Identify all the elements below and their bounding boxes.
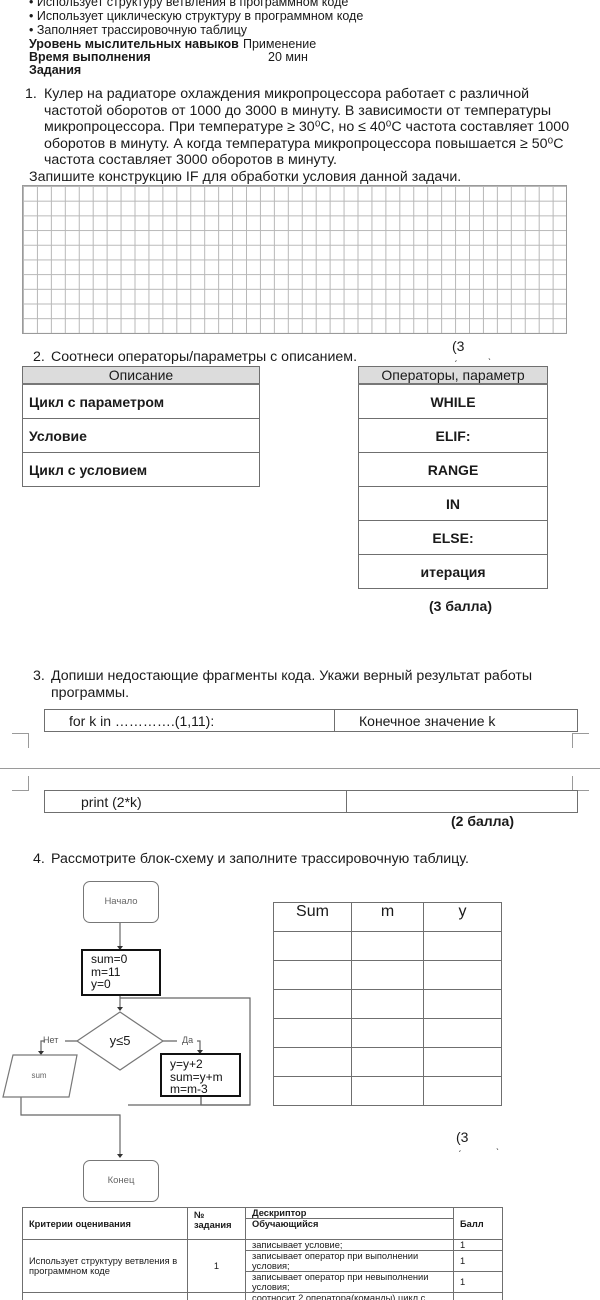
trace-cell[interactable] — [352, 1077, 424, 1106]
trace-cell[interactable] — [424, 990, 502, 1019]
description-cell: Цикл с условием — [23, 453, 260, 487]
page-corner-mark — [572, 733, 589, 748]
task2-title: Соотнеси операторы/параметры с описанием… — [51, 349, 357, 366]
task3-text: Допиши недостающие фрагменты кода. Укажи… — [51, 668, 532, 701]
code-table-bottom: print (2*k) — [44, 790, 578, 813]
task4-title: Рассмотрите блок-схему и заполните трасс… — [51, 851, 469, 868]
description-cell: Цикл с параметром — [23, 384, 260, 419]
operator-cell: RANGE — [359, 453, 548, 487]
trace-row — [274, 990, 502, 1019]
criteria-header: Критерии оценивания — [23, 1208, 188, 1240]
operator-cell: IN — [359, 487, 548, 521]
objective-item: • Использует циклическую структуру в про… — [29, 9, 363, 23]
description-header: Описание — [23, 367, 260, 385]
flowchart-no-label: Нет — [43, 1035, 58, 1045]
objectives-list: • Использует структуру ветвления в прогр… — [29, 0, 363, 37]
trace-cell[interactable] — [352, 1019, 424, 1048]
trace-cell[interactable] — [352, 961, 424, 990]
trace-cell[interactable] — [424, 1019, 502, 1048]
operator-cell: WHILE — [359, 384, 548, 419]
task2-number: 2. — [33, 349, 45, 366]
operators-table: Операторы, параметр WHILE ELIF: RANGE IN… — [358, 366, 548, 589]
flowchart-init: sum=0 m=11 y=0 — [81, 949, 161, 996]
criterion-cell: Использует структуру ветвления в програм… — [23, 1240, 188, 1293]
score-mark: ˎ — [488, 350, 491, 361]
descriptor-header: Дескриптор — [246, 1208, 454, 1219]
flowchart-yes-label: Да — [182, 1035, 193, 1045]
task1-instruction: Запишите конструкцию IF для обработки ус… — [29, 169, 461, 186]
operator-cell: ELSE: — [359, 521, 548, 555]
code-line-for: for k in ………….(1,11): — [45, 710, 335, 732]
score-mark: ˏ — [454, 352, 457, 363]
trace-cell[interactable] — [274, 1019, 352, 1048]
flowchart-loop-body: y=y+2 sum=y+m m=m-3 — [160, 1053, 241, 1097]
page-corner-mark — [572, 776, 589, 791]
trace-header-m: m — [352, 903, 424, 932]
result-label: Конечное значение k — [335, 710, 578, 732]
answer-grid[interactable] — [22, 185, 567, 334]
time-label: Время выполнения — [29, 50, 151, 64]
student-header: Обучающийся — [246, 1219, 454, 1240]
criteria-table: Критерии оценивания № задания Дескриптор… — [22, 1207, 503, 1300]
operator-cell: итерация — [359, 555, 548, 589]
skill-level-label: Уровень мыслительных навыков — [29, 37, 239, 51]
trace-row — [274, 1077, 502, 1106]
code-line-print: print (2*k) — [45, 791, 347, 813]
score-header: Балл — [454, 1208, 503, 1240]
flowchart-end: Конец — [83, 1160, 159, 1202]
trace-cell[interactable] — [352, 1048, 424, 1077]
operator-cell: ELIF: — [359, 419, 548, 453]
description-table: Описание Цикл с параметром Условие Цикл … — [22, 366, 260, 487]
descriptor-cell: записывает условие; — [246, 1240, 454, 1251]
description-cell: Условие — [23, 419, 260, 453]
task2-score: (3 балла) — [429, 598, 492, 614]
task3-score: (2 балла) — [451, 813, 514, 829]
trace-cell[interactable] — [352, 932, 424, 961]
trace-cell[interactable] — [274, 961, 352, 990]
flowchart-output: sum — [14, 1071, 64, 1080]
score-mark: ˎ — [496, 1140, 499, 1151]
trace-table: Sum m y — [273, 902, 502, 1106]
operators-header: Операторы, параметр — [359, 367, 548, 385]
descriptor-cell: записывает оператор при выполнении услов… — [246, 1251, 454, 1272]
task-no-header: № задания — [188, 1208, 246, 1240]
skill-level-value: Применение — [243, 37, 316, 51]
task1-number: 1. — [25, 86, 37, 103]
tasks-label: Задания — [29, 63, 81, 77]
flowchart-condition: y≤5 — [100, 1033, 140, 1048]
trace-row — [274, 1048, 502, 1077]
trace-row — [274, 932, 502, 961]
page-break-line — [0, 768, 600, 769]
trace-row — [274, 961, 502, 990]
trace-cell[interactable] — [274, 990, 352, 1019]
trace-cell[interactable] — [424, 932, 502, 961]
trace-cell[interactable] — [274, 1077, 352, 1106]
result-value-cell[interactable] — [347, 791, 578, 813]
trace-cell[interactable] — [352, 990, 424, 1019]
page-corner-mark — [12, 776, 29, 791]
trace-cell[interactable] — [274, 1048, 352, 1077]
objective-item: • Заполняет трассировочную таблицу — [29, 23, 363, 37]
trace-header-sum: Sum — [274, 903, 352, 932]
trace-header-y: y — [424, 903, 502, 932]
trace-cell[interactable] — [424, 1077, 502, 1106]
code-table-top: for k in ………….(1,11): Конечное значение … — [44, 709, 578, 732]
score-mark: ˏ — [458, 1142, 461, 1153]
descriptor-cell: записывает оператор при невыполнении усл… — [246, 1272, 454, 1293]
task3-number: 3. — [33, 668, 45, 685]
page-corner-mark — [12, 733, 29, 748]
score-cell: 1 — [454, 1240, 503, 1251]
score-cell: 1 — [454, 1251, 503, 1272]
time-value: 20 мин — [268, 50, 308, 64]
trace-cell[interactable] — [274, 932, 352, 961]
objective-item: • Использует структуру ветвления в прогр… — [29, 0, 363, 9]
task1-text: Кулер на радиаторе охлаждения микропроце… — [44, 86, 600, 169]
task-no-cell: 1 — [188, 1240, 246, 1293]
flowchart-start: Начало — [83, 881, 159, 923]
descriptor-cell-cut: соотносит 2 оператора(команды) цикл с — [246, 1293, 454, 1300]
trace-cell[interactable] — [424, 1048, 502, 1077]
score-cell: 1 — [454, 1272, 503, 1293]
trace-row — [274, 1019, 502, 1048]
trace-cell[interactable] — [424, 961, 502, 990]
task4-number: 4. — [33, 851, 45, 868]
